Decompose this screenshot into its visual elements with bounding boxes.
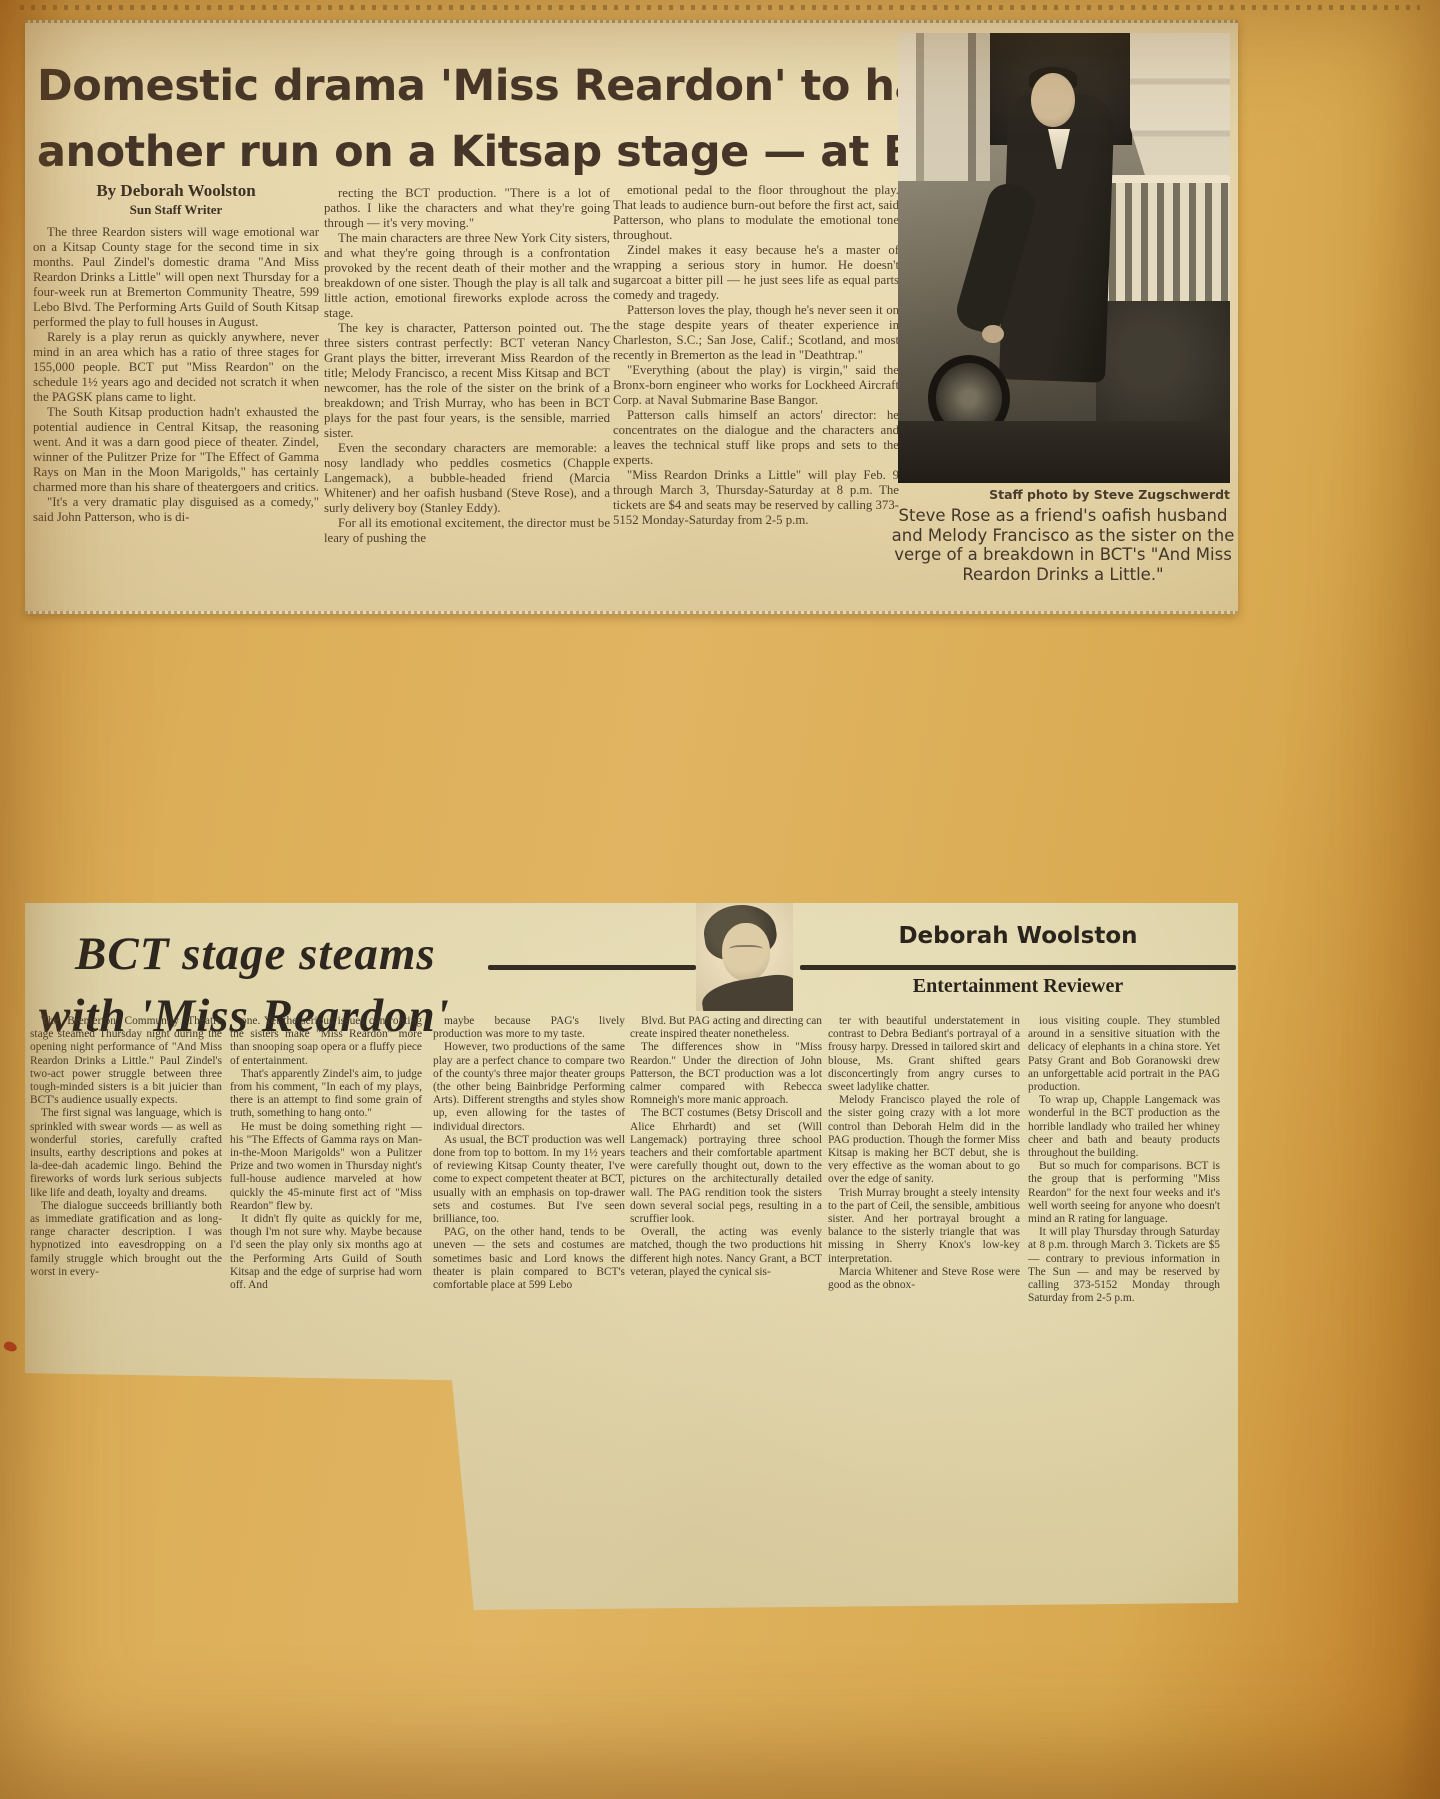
top-headline-line2: another run on a Kitsap stage — at BCT (37, 127, 975, 177)
bottom-article-column-1: The Bremerton Community Theatre stage st… (30, 1015, 222, 1279)
paragraph: emotional pedal to the floor throughout … (613, 183, 899, 243)
paragraph: The three Reardon sisters will wage emot… (33, 225, 319, 330)
byline-author: By Deborah Woolston (33, 181, 319, 201)
paragraph: "Miss Reardon Drinks a Little" will play… (613, 468, 899, 528)
paragraph: To wrap up, Chapple Langemack was wonder… (1028, 1094, 1220, 1160)
paragraph: The Bremerton Community Theatre stage st… (30, 1015, 222, 1107)
paragraph: ter with beautiful understatement in con… (828, 1015, 1020, 1094)
paragraph: one. Yet the serious issues confronting … (230, 1015, 422, 1068)
paragraph: The BCT costumes (Betsy Driscoll and Ali… (630, 1107, 822, 1226)
paragraph: Melody Francisco played the role of the … (828, 1094, 1020, 1186)
reviewer-name: Deborah Woolston (800, 923, 1236, 949)
bottom-newspaper-clipping: BCT stage steams with 'Miss Reardon' Deb… (25, 903, 1238, 1610)
headshot-glasses (729, 945, 763, 955)
paragraph: Patterson loves the play, though he's ne… (613, 303, 899, 363)
paragraph: Trish Murray brought a steely intensity … (828, 1187, 1020, 1266)
bottom-article-column-3: maybe because PAG's lively production wa… (433, 1015, 625, 1292)
scrapbook-page: Domestic drama 'Miss Reardon' to have an… (0, 0, 1440, 1799)
bottom-article-column-6: ious visiting couple. They stumbled arou… (1028, 1015, 1220, 1305)
paragraph: Zindel makes it easy because he's a mast… (613, 243, 899, 303)
paragraph: It didn't fly quite as quickly for me, t… (230, 1213, 422, 1292)
top-newspaper-clipping: Domestic drama 'Miss Reardon' to have an… (25, 20, 1238, 614)
paragraph: But so much for comparisons. BCT is the … (1028, 1160, 1220, 1226)
paragraph: ious visiting couple. They stumbled arou… (1028, 1015, 1220, 1094)
paragraph: Rarely is a play rerun as quickly anywhe… (33, 330, 319, 405)
top-headline-line1: Domestic drama 'Miss Reardon' to have (37, 61, 979, 111)
paragraph: The key is character, Patterson pointed … (324, 321, 610, 441)
byline-title: Sun Staff Writer (33, 202, 319, 218)
top-article-column-2: recting the BCT production. "There is a … (324, 186, 610, 546)
paragraph: "It's a very dramatic play disguised as … (33, 495, 319, 525)
paragraph: The differences show in "Miss Reardon." … (630, 1041, 822, 1107)
paragraph: maybe because PAG's lively production wa… (433, 1015, 625, 1041)
paragraph: It will play Thursday through Saturday a… (1028, 1226, 1220, 1305)
red-pen-mark (3, 1340, 18, 1353)
paragraph: Even the secondary characters are memora… (324, 441, 610, 516)
paragraph: PAG, on the other hand, tends to be unev… (433, 1226, 625, 1292)
byline-rule-left (488, 965, 696, 970)
reviewer-headshot (696, 903, 793, 1011)
bottom-headline-line1: BCT stage steams (75, 927, 436, 981)
bottom-article-column-5: ter with beautiful understatement in con… (828, 1015, 1020, 1292)
bottom-article-column-2: one. Yet the serious issues confronting … (230, 1015, 422, 1292)
paragraph: Patterson calls himself an actors' direc… (613, 408, 899, 468)
paragraph: That's apparently Zindel's aim, to judge… (230, 1068, 422, 1121)
paragraph: Overall, the acting was evenly matched, … (630, 1226, 822, 1279)
photo-porch-railing (1100, 183, 1230, 305)
paragraph: The dialogue succeeds brilliantly both a… (30, 1200, 222, 1279)
photo-man-face (1031, 73, 1075, 127)
paragraph: As usual, the BCT production was well do… (433, 1134, 625, 1226)
paragraph: The main characters are three New York C… (324, 231, 610, 321)
paragraph: He must be doing something right — his "… (230, 1121, 422, 1213)
paragraph: The first signal was language, which is … (30, 1107, 222, 1199)
paragraph: For all its emotional excitement, the di… (324, 516, 610, 546)
bottom-article-column-4: Blvd. But PAG acting and directing can c… (630, 1015, 822, 1279)
paragraph: However, two productions of the same pla… (433, 1041, 625, 1133)
photo-man-hand (982, 325, 1004, 343)
photo-credit: Staff photo by Steve Zugschwerdt (898, 487, 1230, 502)
perforated-edge (20, 5, 1420, 10)
photo-ground (898, 421, 1230, 483)
byline-block: By Deborah Woolston Sun Staff Writer (33, 181, 319, 218)
photo-caption: Steve Rose as a friend's oafish husband … (891, 506, 1235, 584)
paragraph: Marcia Whitener and Steve Rose were good… (828, 1266, 1020, 1292)
staff-photo (898, 33, 1230, 483)
paragraph: "Everything (about the play) is virgin,"… (613, 363, 899, 408)
top-article-column-3: emotional pedal to the floor throughout … (613, 183, 899, 528)
top-article-column-1: The three Reardon sisters will wage emot… (33, 225, 319, 525)
paragraph: recting the BCT production. "There is a … (324, 186, 610, 231)
byline-rule-right (800, 965, 1236, 970)
paragraph: Blvd. But PAG acting and directing can c… (630, 1015, 822, 1041)
photo-house-siding (1130, 33, 1230, 185)
photo-door-frame (898, 33, 990, 181)
reviewer-title: Entertainment Reviewer (800, 975, 1236, 998)
paragraph: The South Kitsap production hadn't exhau… (33, 405, 319, 495)
